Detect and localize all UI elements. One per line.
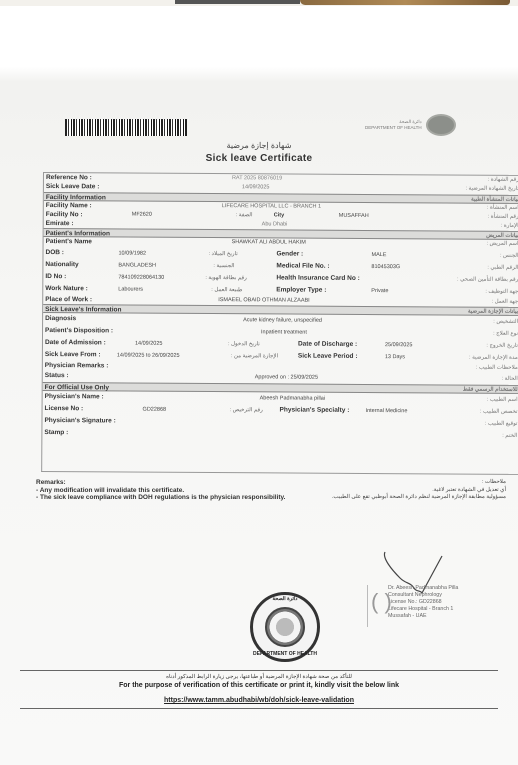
footer-divider [20,670,498,671]
stamp-bracket-icon: ( ) [371,591,392,613]
work-nature-value: Labourers [118,283,143,295]
barcode [65,119,187,136]
license-value: GD22868 [143,404,167,416]
admission-date-value: 14/09/2025 [135,338,163,350]
gender-value: MALE [371,249,386,261]
sick-leave-date-label: Sick Leave Date : [46,182,100,191]
city-value: MUSAFFAH [339,212,369,221]
facility-no-value: MF2620 [132,210,152,219]
remarks-block: Remarks: - Any modification will invalid… [36,479,286,502]
stamp-row: Stamp : الختم : [42,427,518,442]
nationality-value: BANGLADESH [118,259,156,271]
physician-name-value: Abeesh Padmanabha pillai [260,393,326,405]
doh-logo: دائرة الصحة DEPARTMENT OF HEALTH [365,114,456,136]
background-object [300,0,510,5]
sick-leave-date-value: 14/09/2025 [242,184,270,193]
reference-label-ar: رقم الشهادة : [488,176,518,185]
footer-text: For the purpose of verification of this … [0,682,518,689]
remarks-line-2: - The sick leave compliance with DOH reg… [36,494,286,502]
dob-value: 10/09/1982 [118,247,146,259]
remarks-title: Remarks: [36,479,286,487]
disposition-value: Inpatient treatment [261,326,307,338]
doh-name: DEPARTMENT OF HEALTH [365,125,422,131]
footer: للتأكد من صحة شهادة الإجازة المرضية أو ط… [0,670,518,707]
sick-leave-date-label-ar: تاريخ الشهادة المرضية : [465,185,518,194]
patient-name-value: SHAWKAT ALI ABDUL HAKIM [232,239,306,248]
employer-type-value: Private [371,285,388,297]
emirate-value: Abu Dhabi [262,221,288,230]
specialty-value: Internal Medicine [366,405,408,417]
footer-text-ar: للتأكد من صحة شهادة الإجازة المرضية أو ط… [0,674,518,680]
footer-divider [20,708,498,709]
doctor-stamp: ( ) Dr. Abeesh Padmanabha Pilla Consulta… [367,585,507,627]
certificate-form: Reference No : RAT 2025 80876019 رقم الش… [41,172,518,475]
facility-name-value: LIFECARE HOSPITAL LLC - BRANCH 1 [222,202,321,212]
status-value: Approved on : 25/09/2025 [255,372,318,384]
reference-label: Reference No : [46,173,92,182]
page-title: Sick leave Certificate [0,153,518,164]
doh-official-stamp: دائرة الصحة DEPARTMENT OF HEALTH [250,592,320,662]
place-of-work-value: ISMAEEL OBAID OTHMAN ALZAABI [218,296,310,306]
background-object [175,0,300,4]
verification-link[interactable]: https://www.tamm.abudhabi/wb/doh/sick-le… [164,697,354,704]
falcon-emblem-icon [265,607,305,647]
remarks-block-ar: ملاحظات : أي تعديل في الشهادة تعتبر لاغي… [286,479,506,502]
diagnosis-value: Acute kidney failure, unspecified [243,314,322,326]
remarks-line-1: - Any modification will invalidate this … [36,487,286,495]
sick-leave-range-value: 14/09/2025 to 26/09/2025 [117,350,180,362]
sick-leave-period-value: 13 Days [385,351,405,363]
discharge-date-value: 25/09/2025 [385,339,413,351]
doh-emblem-icon [426,114,456,136]
id-value: 784109228064130 [118,271,164,283]
reference-value: RAT 2025 80876019 [232,174,282,183]
title-arabic: شهادة إجازة مرضية [0,141,518,150]
medical-file-value: 81045303G [371,261,400,273]
